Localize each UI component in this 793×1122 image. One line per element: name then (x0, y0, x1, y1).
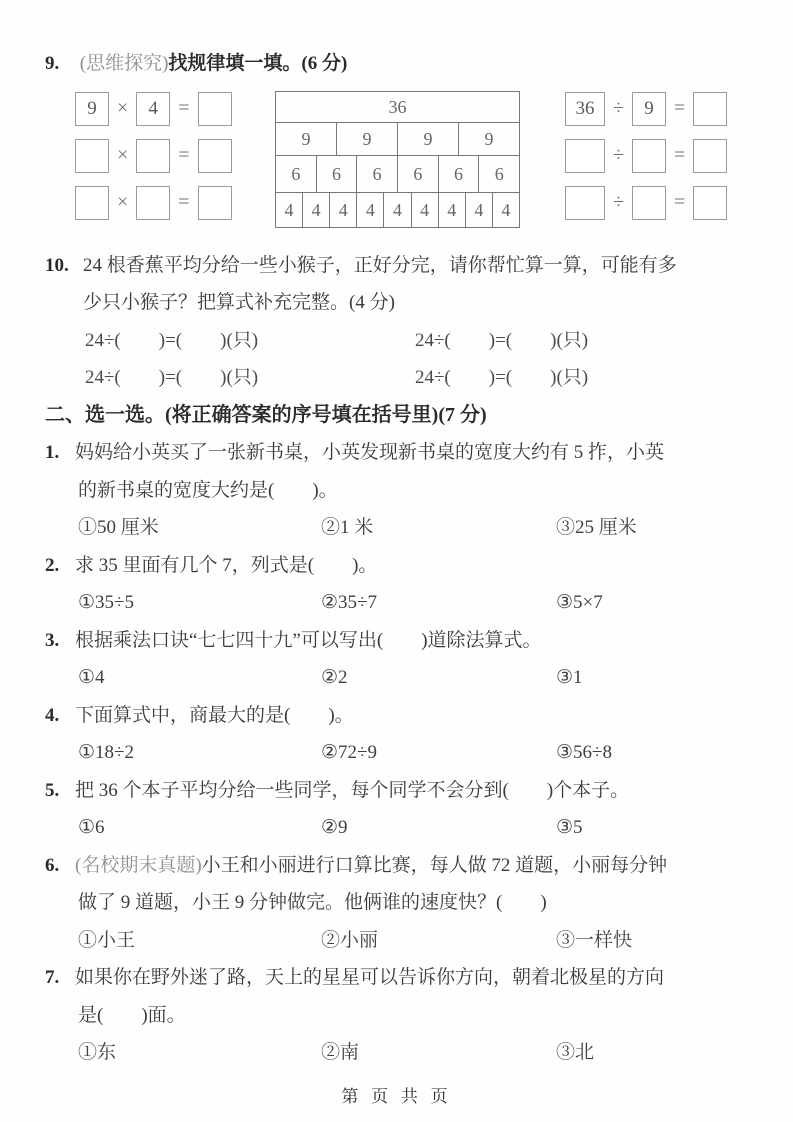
table-cell: 4 (276, 193, 302, 227)
option-3[interactable]: ③一样快 (556, 922, 783, 960)
equals-sign: = (178, 144, 189, 167)
answer-box[interactable] (198, 139, 232, 173)
pattern-figure: 9 × 4 = × = × = (75, 91, 783, 231)
option-3[interactable]: ③25 厘米 (556, 509, 783, 547)
divisor-box[interactable]: 9 (632, 92, 666, 126)
equals-sign: = (674, 97, 685, 120)
equals-sign: = (674, 144, 685, 167)
worksheet-page: 9. (思维探究)找规律填一填。(6 分) 9 × 4 = × = (0, 0, 793, 1122)
option-1[interactable]: ①50 厘米 (78, 509, 321, 547)
divide-sign: ÷ (613, 144, 624, 167)
equals-sign: = (178, 97, 189, 120)
factor-box[interactable]: 9 (75, 92, 109, 126)
option-2[interactable]: ②小丽 (321, 922, 556, 960)
table-cell: 6 (478, 156, 519, 192)
multiplication-row-1: 9 × 4 = (75, 91, 275, 127)
mc-question-5: 5.把 36 个本子平均分给一些同学，每个同学不会分到( )个本子。 ①6 ②9… (45, 772, 783, 847)
mc-question-text: 下面算式中，商最大的是( )。 (75, 705, 354, 726)
question-9-number: 9. (45, 45, 75, 83)
question-10: 10.24 根香蕉平均分给一些小猴子，正好分完，请你帮忙算一算，可能有多 少只小… (45, 247, 783, 397)
multiply-sign: × (117, 191, 128, 214)
option-2[interactable]: ②1 米 (321, 509, 556, 547)
table-cell: 4 (492, 193, 519, 227)
divide-sign: ÷ (613, 191, 624, 214)
dividend-box[interactable]: 36 (565, 92, 605, 126)
question-10-line-2: 少只小猴子？把算式补充完整。(4 分) (45, 284, 783, 322)
mc-question-text: 求 35 里面有几个 7，列式是( )。 (75, 555, 377, 576)
divisor-box[interactable] (632, 139, 666, 173)
divisor-box[interactable] (632, 186, 666, 220)
options-row: ①6 ②9 ③5 (45, 809, 783, 847)
question-9: 9. (思维探究)找规律填一填。(6 分) 9 × 4 = × = (45, 45, 783, 231)
page-footer: 第 页 共 页 (0, 1082, 793, 1107)
multiply-sign: × (117, 144, 128, 167)
mc-question-number: 6. (45, 847, 75, 885)
division-fill-equation[interactable]: 24÷( )=( )(只) (85, 322, 415, 360)
factor-box[interactable] (75, 186, 109, 220)
table-row-9s: 9 9 9 9 (276, 122, 519, 155)
mc-question-text: 妈妈给小英买了一张新书桌，小英发现新书桌的宽度大约有 5 拃，小英 (75, 442, 664, 463)
multiply-sign: × (117, 97, 128, 120)
dividend-box[interactable] (565, 139, 605, 173)
table-cell: 4 (438, 193, 465, 227)
division-row-2: ÷ = (565, 138, 727, 174)
table-cell: 6 (356, 156, 397, 192)
option-1[interactable]: ①小王 (78, 922, 321, 960)
option-3[interactable]: ③5×7 (556, 584, 783, 622)
mc-question-3: 3.根据乘法口诀“七七四十九”可以写出( )道除法算式。 ①4 ②2 ③1 (45, 622, 783, 697)
factor-box[interactable] (136, 139, 170, 173)
answer-box[interactable] (693, 186, 727, 220)
mc-question-text: 根据乘法口诀“七七四十九”可以写出( )道除法算式。 (75, 630, 542, 651)
options-row: ①35÷5 ②35÷7 ③5×7 (45, 584, 783, 622)
option-2[interactable]: ②72÷9 (321, 734, 556, 772)
mc-question-1: 1.妈妈给小英买了一张新书桌，小英发现新书桌的宽度大约有 5 拃，小英 的新书桌… (45, 434, 783, 547)
divide-sign: ÷ (613, 97, 624, 120)
table-row-6s: 6 6 6 6 6 6 (276, 155, 519, 192)
mc-question-2: 2.求 35 里面有几个 7，列式是( )。 ①35÷5 ②35÷7 ③5×7 (45, 547, 783, 622)
table-row-36: 36 (276, 92, 519, 122)
mc-question-text: 如果你在野外迷了路，天上的星星可以告诉你方向，朝着北极星的方向 (75, 967, 664, 988)
mc-question-7: 7.如果你在野外迷了路，天上的星星可以告诉你方向，朝着北极星的方向 是( )面。… (45, 959, 783, 1072)
table-cell: 9 (336, 123, 397, 155)
option-1[interactable]: ①35÷5 (78, 584, 321, 622)
options-row: ①东 ②南 ③北 (45, 1034, 783, 1072)
answer-box[interactable] (198, 186, 232, 220)
mc-question-number: 3. (45, 622, 75, 660)
option-1[interactable]: ①18÷2 (78, 734, 321, 772)
table-cell: 4 (383, 193, 410, 227)
option-1[interactable]: ①东 (78, 1034, 321, 1072)
mc-question-text: 小王和小丽进行口算比赛，每人做 72 道题，小丽每分钟 (202, 855, 668, 876)
answer-box[interactable] (693, 139, 727, 173)
option-1[interactable]: ①6 (78, 809, 321, 847)
factor-box[interactable] (136, 186, 170, 220)
table-cell: 9 (276, 123, 336, 155)
equals-sign: = (178, 191, 189, 214)
option-2[interactable]: ②9 (321, 809, 556, 847)
table-cell: 9 (397, 123, 458, 155)
table-cell: 9 (458, 123, 519, 155)
fill-in-equations: 24÷( )=( )(只) 24÷( )=( )(只) 24÷( )=( )(只… (45, 322, 783, 397)
option-1[interactable]: ①4 (78, 659, 321, 697)
table-cell: 4 (465, 193, 492, 227)
table-cell: 6 (438, 156, 479, 192)
mc-question-6: 6.(名校期末真题)小王和小丽进行口算比赛，每人做 72 道题，小丽每分钟 做了… (45, 847, 783, 960)
answer-box[interactable] (693, 92, 727, 126)
multiplication-column: 9 × 4 = × = × = (75, 91, 275, 232)
factor-box[interactable] (75, 139, 109, 173)
options-row: ①小王 ②小丽 ③一样快 (45, 922, 783, 960)
question-10-number: 10. (45, 247, 83, 285)
table-cell: 36 (276, 92, 519, 122)
option-3[interactable]: ③1 (556, 659, 783, 697)
number-split-table: 36 9 9 9 9 6 6 6 6 6 6 4 4 (275, 91, 520, 228)
table-cell: 6 (276, 156, 316, 192)
section-2-title: 二、选一选。(将正确答案的序号填在括号里)(7 分) (15, 397, 783, 435)
mc-question-number: 4. (45, 697, 75, 735)
question-9-title-line: 9. (思维探究)找规律填一填。(6 分) (45, 45, 783, 83)
table-cell: 6 (316, 156, 357, 192)
option-2[interactable]: ②南 (321, 1034, 556, 1072)
question-10-line-1: 10.24 根香蕉平均分给一些小猴子，正好分完，请你帮忙算一算，可能有多 (45, 247, 783, 285)
mc-question-text: 的新书桌的宽度大约是( )。 (45, 472, 783, 510)
option-2[interactable]: ②35÷7 (321, 584, 556, 622)
multiplication-row-2: × = (75, 138, 275, 174)
options-row: ①18÷2 ②72÷9 ③56÷8 (45, 734, 783, 772)
table-cell: 4 (302, 193, 329, 227)
table-cell: 4 (329, 193, 356, 227)
mc-question-text: 做了 9 道题，小王 9 分钟做完。他俩谁的速度快？( ) (45, 884, 783, 922)
options-row: ①50 厘米 ②1 米 ③25 厘米 (45, 509, 783, 547)
options-row: ①4 ②2 ③1 (45, 659, 783, 697)
mc-question-tag: (名校期末真题) (75, 855, 202, 876)
factor-box[interactable]: 4 (136, 92, 170, 126)
question-10-text: 24 根香蕉平均分给一些小猴子，正好分完，请你帮忙算一算，可能有多 (83, 255, 677, 276)
option-3[interactable]: ③北 (556, 1034, 783, 1072)
division-column: 36 ÷ 9 = ÷ = ÷ = (565, 91, 727, 232)
option-2[interactable]: ②2 (321, 659, 556, 697)
mc-question-number: 2. (45, 547, 75, 585)
question-9-tag: (思维探究) (80, 53, 169, 74)
table-cell: 4 (411, 193, 438, 227)
division-fill-equation[interactable]: 24÷( )=( )(只) (415, 322, 783, 360)
division-row-3: ÷ = (565, 185, 727, 221)
table-cell: 4 (356, 193, 383, 227)
mc-question-4: 4.下面算式中，商最大的是( )。 ①18÷2 ②72÷9 ③56÷8 (45, 697, 783, 772)
option-3[interactable]: ③5 (556, 809, 783, 847)
multiplication-row-3: × = (75, 185, 275, 221)
division-row-1: 36 ÷ 9 = (565, 91, 727, 127)
mc-question-text: 把 36 个本子平均分给一些同学，每个同学不会分到( )个本子。 (75, 780, 629, 801)
mc-question-number: 1. (45, 434, 75, 472)
dividend-box[interactable] (565, 186, 605, 220)
mc-question-number: 7. (45, 959, 75, 997)
table-cell: 6 (397, 156, 438, 192)
table-row-4s: 4 4 4 4 4 4 4 4 4 (276, 192, 519, 227)
division-fill-equation[interactable]: 24÷( )=( )(只) (85, 359, 415, 397)
answer-box[interactable] (198, 92, 232, 126)
equals-sign: = (674, 191, 685, 214)
division-fill-equation[interactable]: 24÷( )=( )(只) (415, 359, 783, 397)
mc-question-text: 是( )面。 (45, 997, 783, 1035)
option-3[interactable]: ③56÷8 (556, 734, 783, 772)
mc-question-number: 5. (45, 772, 75, 810)
question-9-title: 找规律填一填。(6 分) (168, 53, 347, 74)
